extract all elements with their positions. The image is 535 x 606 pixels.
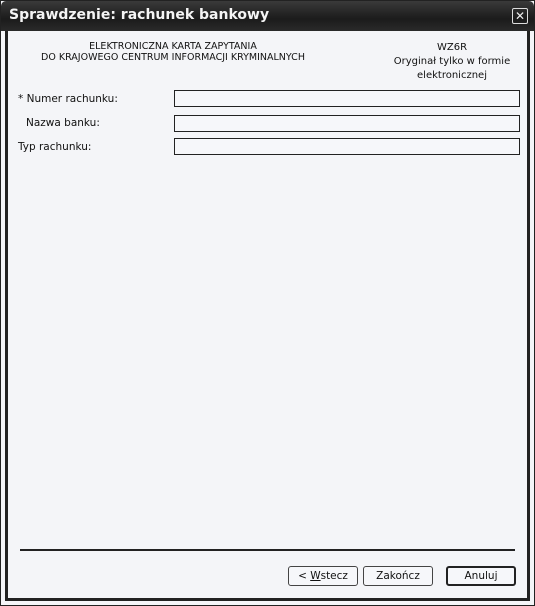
close-icon[interactable]: ✕: [512, 8, 528, 24]
back-rest: stecz: [321, 570, 348, 582]
form-code-block: WZ6R Oryginał tylko w formie elektronicz…: [387, 41, 517, 83]
back-prefix: <: [298, 570, 310, 582]
header-line-2: DO KRAJOWEGO CENTRUM INFORMACJI KRYMINAL…: [38, 52, 308, 63]
window-title: Sprawdzenie: rachunek bankowy: [9, 7, 269, 23]
cancel-button[interactable]: Anuluj: [446, 566, 516, 586]
header-line-1: ELEKTRONICZNA KARTA ZAPYTANIA: [38, 41, 308, 52]
bank-name-field[interactable]: [174, 115, 520, 132]
account-type-label: Typ rachunku:: [18, 141, 91, 153]
bank-name-label: Nazwa banku:: [26, 117, 100, 129]
account-number-label: * Numer rachunku:: [18, 93, 118, 105]
original-note-2: elektronicznej: [387, 69, 517, 83]
dialog-body: ELEKTRONICZNA KARTA ZAPYTANIA DO KRAJOWE…: [5, 31, 530, 601]
form-header: ELEKTRONICZNA KARTA ZAPYTANIA DO KRAJOWE…: [38, 41, 308, 63]
form-code: WZ6R: [387, 41, 517, 55]
account-type-field[interactable]: [174, 138, 520, 155]
back-mnemonic: W: [310, 570, 320, 582]
title-bar[interactable]: Sprawdzenie: rachunek bankowy ✕: [1, 1, 534, 31]
original-note-1: Oryginał tylko w formie: [387, 55, 517, 69]
back-button[interactable]: < Wstecz: [288, 566, 358, 586]
footer-separator: [20, 549, 515, 551]
finish-button[interactable]: Zakończ: [363, 566, 433, 586]
account-number-field[interactable]: [174, 90, 520, 107]
dialog-window: Sprawdzenie: rachunek bankowy ✕ ELEKTRON…: [0, 0, 535, 606]
